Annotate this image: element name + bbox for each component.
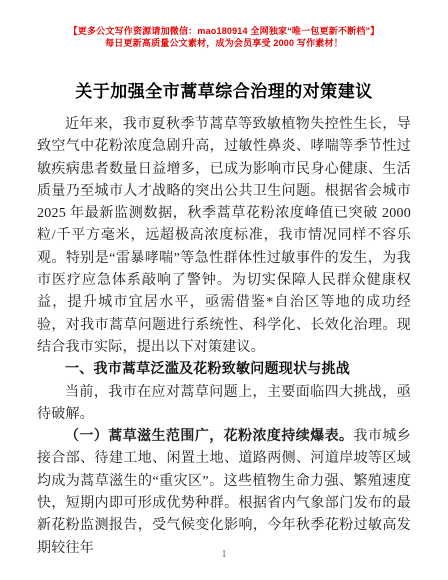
item1-body-text: 我市城乡接合部、待建工地、闲置土地、道路两侧、河道岸坡等区域均成为蒿草滋生的“重… (37, 429, 411, 555)
document-body: 近年来，我市夏秋季节蒿草等致敏植物失控性生长，导致空气中花粉浓度急剧升高，过敏性… (37, 114, 411, 560)
page-title: 关于加强全市蒿草综合治理的对策建议 (0, 81, 448, 103)
item1-lead-sentence: （一）蒿草滋生范围广，花粉浓度持续爆表。 (65, 429, 353, 444)
document-page: 【更多公文写作资源请加微信：mao180914 全网独家“唯一包更新不断档”】 … (0, 0, 448, 580)
paragraph-item1: （一）蒿草滋生范围广，花粉浓度持续爆表。我市城乡接合部、待建工地、闲置土地、道路… (37, 426, 411, 560)
section-1-heading: 一、我市蒿草泛滥及花粉致敏问题现状与挑战 (37, 359, 411, 381)
paragraph-intro: 近年来，我市夏秋季节蒿草等致敏植物失控性生长，导致空气中花粉浓度急剧升高，过敏性… (37, 114, 411, 359)
paragraph-section1: 当前，我市在应对蒿草问题上，主要面临四大挑战，亟待破解。 (37, 382, 411, 427)
watermark-header: 【更多公文写作资源请加微信：mao180914 全网独家“唯一包更新不断档”】 … (0, 0, 448, 49)
watermark-line-1: 【更多公文写作资源请加微信：mao180914 全网独家“唯一包更新不断档”】 (0, 26, 448, 38)
page-number: 1 (0, 549, 448, 560)
watermark-line-2: 每日更新高质量公文素材，成为会员享受 2000 写作素材！ (0, 38, 448, 50)
